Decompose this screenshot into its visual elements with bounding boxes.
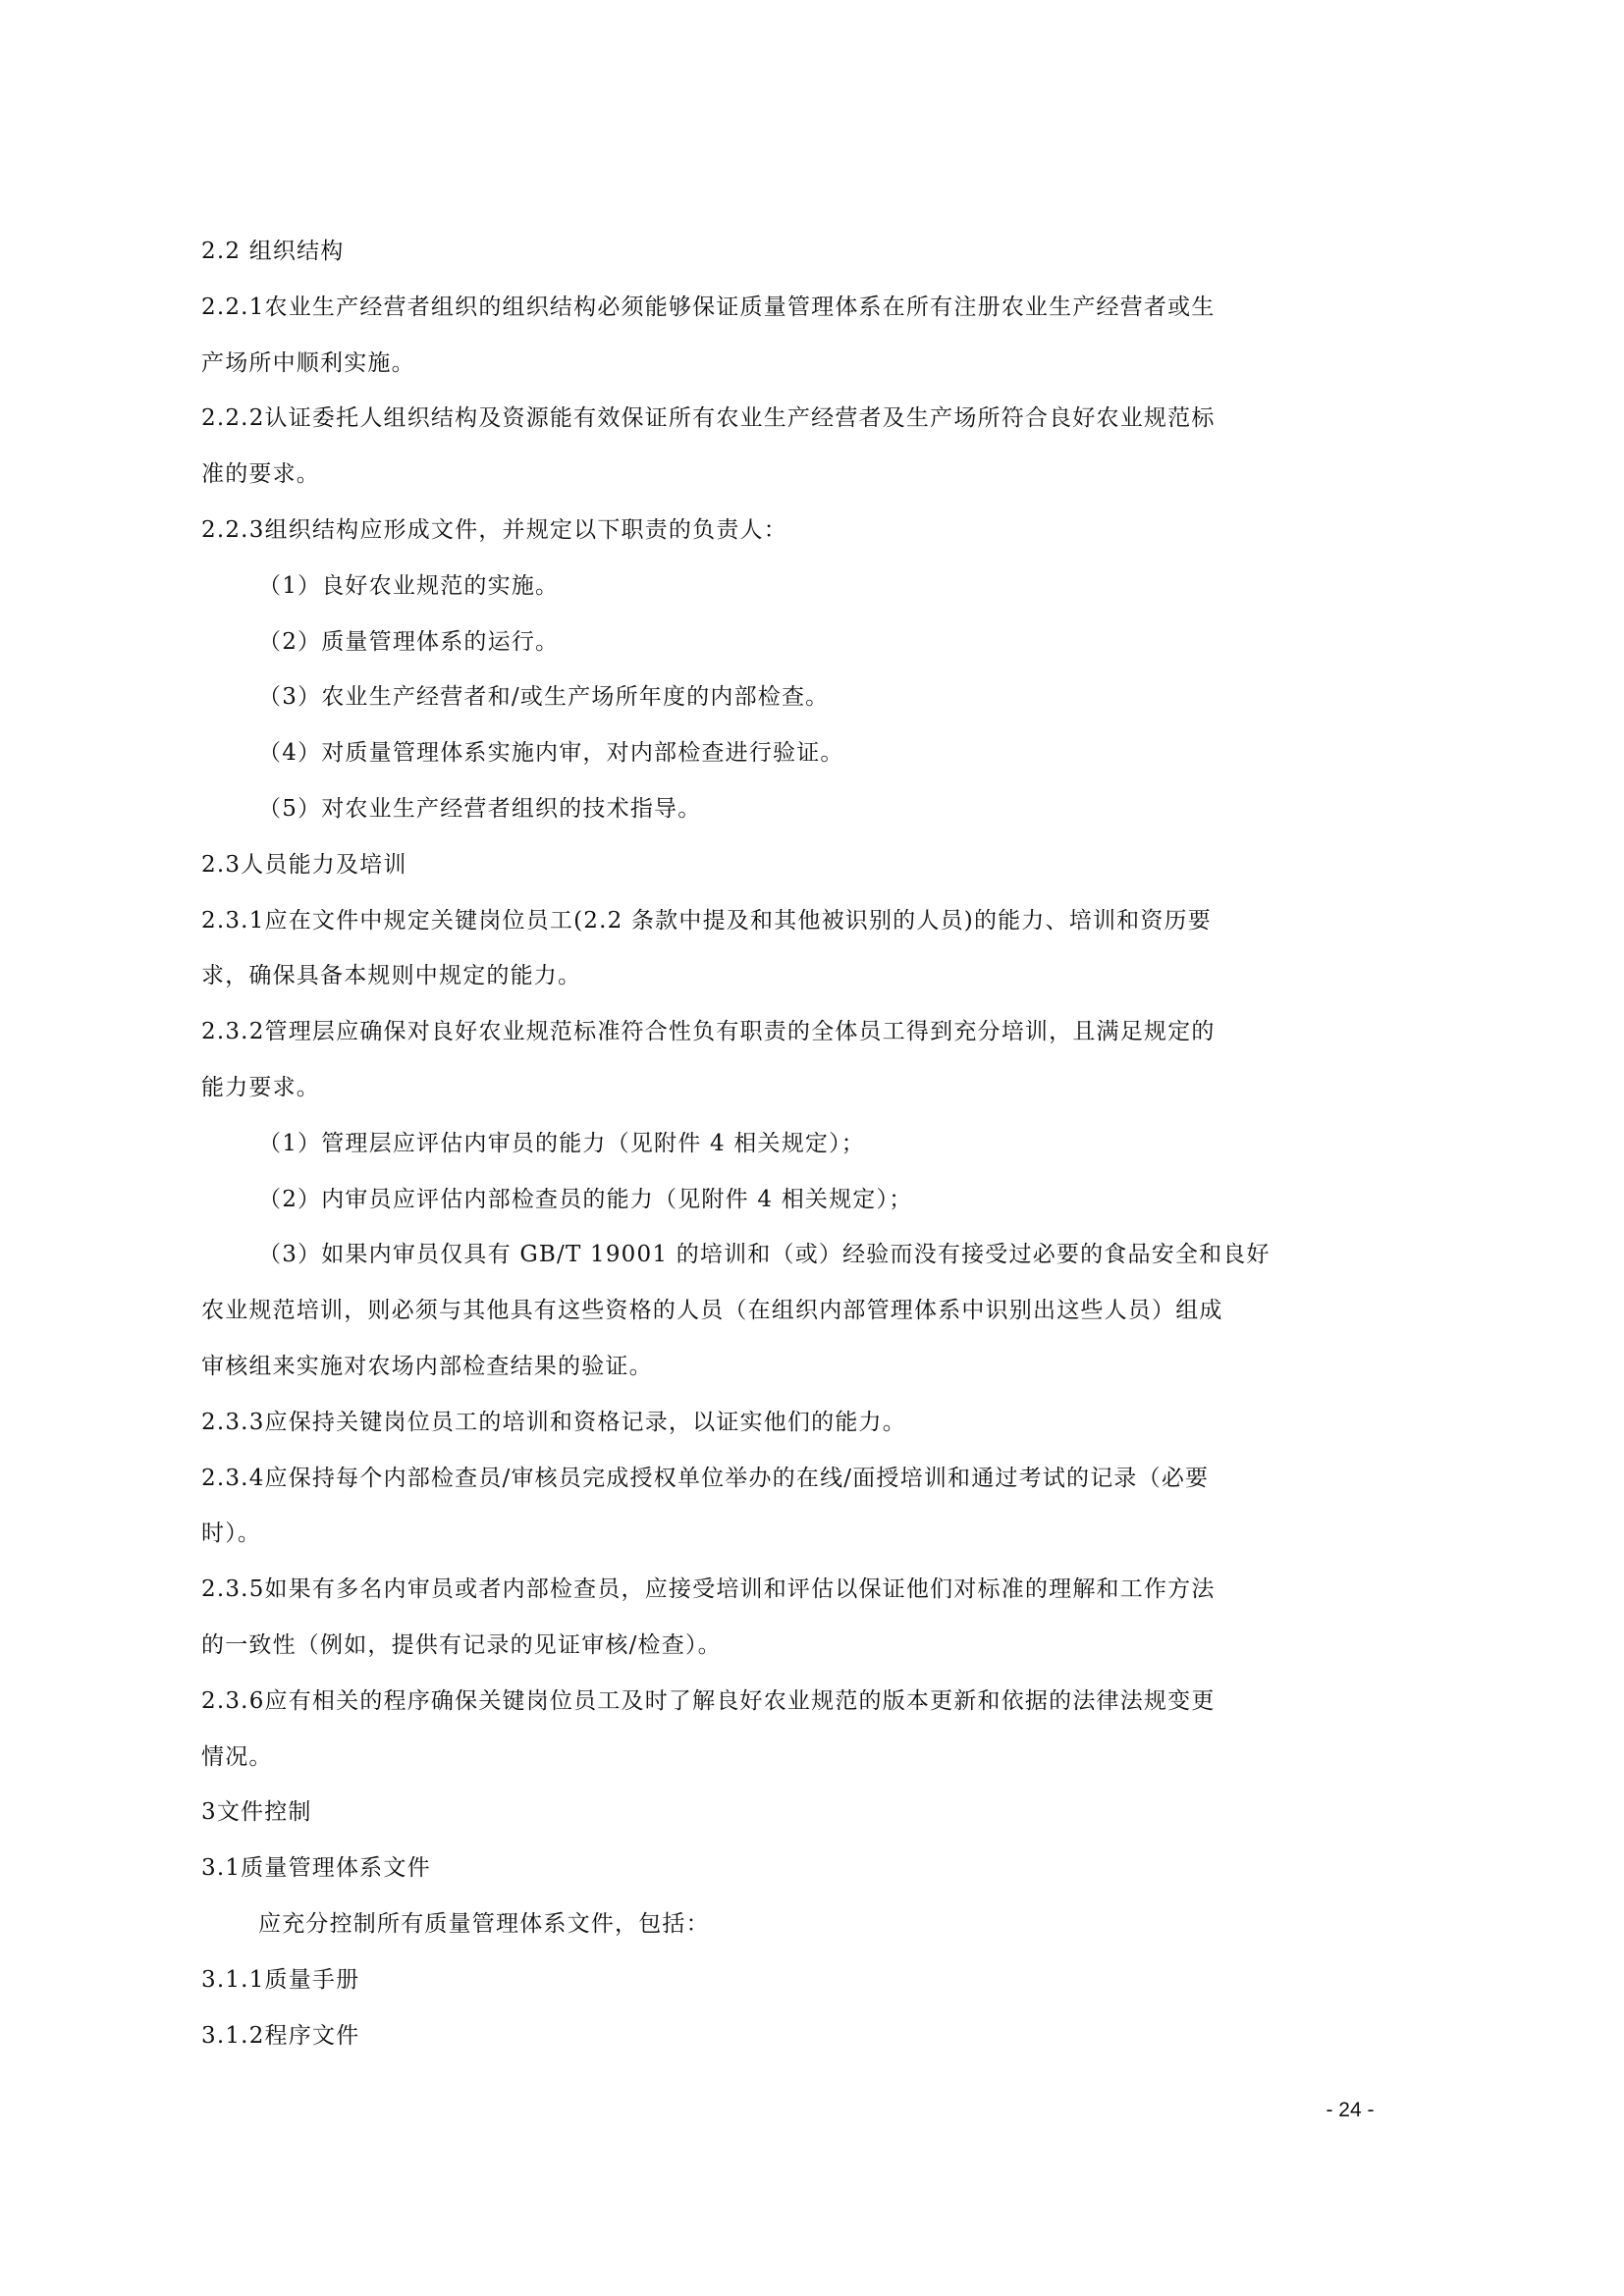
list-item: （3）农业生产经营者和/或生产场所年度的内部检查。 xyxy=(201,669,1427,725)
section-heading-3: 3文件控制 xyxy=(201,1785,1427,1841)
list-item: （5）对农业生产经营者组织的技术指导。 xyxy=(201,781,1427,837)
clause-2-2-2: 2.2.2认证委托人组织结构及资源能有效保证所有农业生产经营者及生产场所符合良好… xyxy=(201,391,1427,447)
clause-3-1-1: 3.1.1质量手册 xyxy=(201,1952,1427,2008)
clause-2-3-6: 2.3.6应有相关的程序确保关键岗位员工及时了解良好农业规范的版本更新和依据的法… xyxy=(201,1674,1427,1730)
section-heading-2-2: 2.2 组织结构 xyxy=(201,224,1427,280)
list-item-cont: 审核组来实施对农场内部检查结果的验证。 xyxy=(201,1339,1427,1395)
clause-2-3-5: 2.3.5如果有多名内审员或者内部检查员，应接受培训和评估以保证他们对标准的理解… xyxy=(201,1562,1427,1618)
clause-2-2-1-cont: 产场所中顺利实施。 xyxy=(201,336,1427,392)
clause-2-3-4-cont: 时）。 xyxy=(201,1506,1427,1562)
clause-2-3-6-cont: 情况。 xyxy=(201,1730,1427,1786)
list-item: （1）管理层应评估内审员的能力（见附件 4 相关规定）； xyxy=(201,1116,1427,1172)
clause-2-3-1-cont: 求，确保具备本规则中规定的能力。 xyxy=(201,948,1427,1004)
list-item: （1）良好农业规范的实施。 xyxy=(201,559,1427,614)
list-item-cont: 农业规范培训，则必须与其他具有这些资格的人员（在组织内部管理体系中识别出这些人员… xyxy=(201,1283,1427,1339)
clause-2-3-3: 2.3.3应保持关键岗位员工的培训和资格记录，以证实他们的能力。 xyxy=(201,1395,1427,1451)
paragraph: 应充分控制所有质量管理体系文件，包括： xyxy=(201,1896,1427,1952)
list-item: （2）质量管理体系的运行。 xyxy=(201,614,1427,670)
section-heading-3-1: 3.1质量管理体系文件 xyxy=(201,1841,1427,1896)
clause-2-3-5-cont: 的一致性（例如，提供有记录的见证审核/检查）。 xyxy=(201,1618,1427,1674)
list-item: （2）内审员应评估内部检查员的能力（见附件 4 相关规定）； xyxy=(201,1172,1427,1228)
clause-2-2-1: 2.2.1农业生产经营者组织的组织结构必须能够保证质量管理体系在所有注册农业生产… xyxy=(201,280,1427,336)
clause-2-3-1: 2.3.1应在文件中规定关键岗位员工(2.2 条款中提及和其他被识别的人员)的能… xyxy=(201,893,1427,949)
clause-2-3-2: 2.3.2管理层应确保对良好农业规范标准符合性负有职责的全体员工得到充分培训，且… xyxy=(201,1004,1427,1060)
page-number: - 24 - xyxy=(1306,2099,1394,2122)
clause-2-3-4: 2.3.4应保持每个内部检查员/审核员完成授权单位举办的在线/面授培训和通过考试… xyxy=(201,1451,1427,1507)
clause-3-1-2: 3.1.2程序文件 xyxy=(201,2008,1427,2064)
list-item: （3）如果内审员仅具有 GB/T 19001 的培训和（或）经验而没有接受过必要… xyxy=(201,1227,1427,1283)
document-body: 2.2 组织结构 2.2.1农业生产经营者组织的组织结构必须能够保证质量管理体系… xyxy=(201,224,1427,2063)
clause-2-2-3: 2.2.3组织结构应形成文件，并规定以下职责的负责人： xyxy=(201,503,1427,559)
clause-2-3-2-cont: 能力要求。 xyxy=(201,1060,1427,1116)
list-item: （4）对质量管理体系实施内审，对内部检查进行验证。 xyxy=(201,725,1427,781)
document-page: 2.2 组织结构 2.2.1农业生产经营者组织的组织结构必须能够保证质量管理体系… xyxy=(0,0,1624,2296)
clause-2-2-2-cont: 准的要求。 xyxy=(201,447,1427,503)
section-heading-2-3: 2.3人员能力及培训 xyxy=(201,837,1427,893)
